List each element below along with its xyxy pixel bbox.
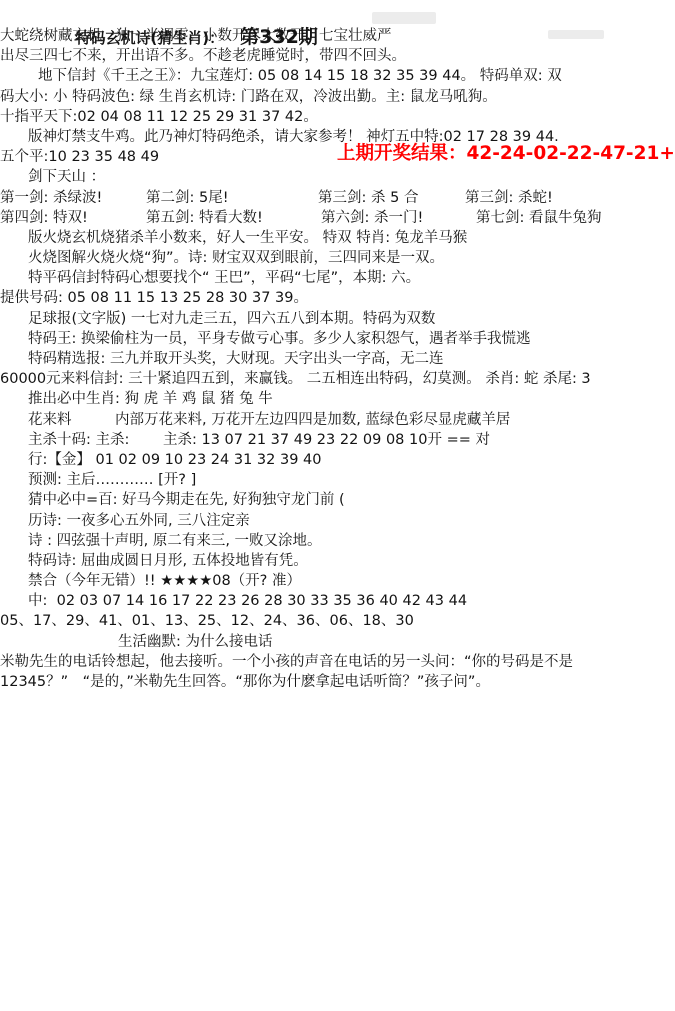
line-text: 60000元来料信封: 三十紧追四五到，来赢钱。 二五相连出特码，幻莫测。 杀肖… — [0, 371, 591, 387]
sheet-header: 特码玄机诗(猜生肖)：第332期 — [0, 4, 675, 26]
humor-line-2: 12345？” “是的，”米勒先生回答。“那你为什麽拿起电话听筒？”孩子问”。 — [0, 672, 675, 692]
tema-jingxuan-line: 特码精选报: 三九并取开头奖，大财现。天字出头一字高，无二连 — [0, 349, 675, 369]
caizhong-bizhong-line: 猜中必中=百: 好马今期走在先, 好狗独守龙门前 ( — [0, 490, 675, 510]
hang-jin-line: 行:【金】 01 02 09 10 23 24 31 32 39 40 — [0, 450, 675, 470]
line-text: 预测: 主后………… [开? ] — [28, 472, 196, 488]
last-draw-result: 上期开奖结果：42-24-02-22-47-21+26 — [337, 144, 675, 164]
line-text: 码大小: 小 特码波色: 绿 生肖玄机诗: 门路在双，冷波出勤。主: 鼠龙马吼狗… — [0, 89, 497, 105]
bizhong-shengxiao-line: 推出必中生肖: 狗 虎 羊 鸡 鼠 猪 兔 牛 — [0, 389, 675, 409]
line-text: 行:【金】 01 02 09 10 23 24 31 32 39 40 — [28, 452, 321, 468]
line-text: 火烧图解火烧火烧“狗”。诗: 财宝双双到眼前，三四同来是一双。 — [28, 250, 444, 266]
temashi-line: 特码诗: 屈曲成圆日月形, 五体投地皆有凭。 — [0, 551, 675, 571]
tema-wang-line: 特码王: 换梁偷柱为一员，平身专做亏心事。多少人家积怨气，遇者举手我慌逃 — [0, 329, 675, 349]
sheet-body: 大蛇绕树藏玄机，独一半调零。小数开尽大数开，七宝壮威严出尽三四七不来，开出语不多… — [0, 26, 675, 692]
jian-row-2: 第四剑: 特双!第五剑: 特看大数!第六剑: 杀一门!第七剑: 看鼠牛兔狗 — [0, 208, 675, 228]
line-text: 地下信封《千王之王》：九宝莲灯: 05 08 14 15 18 32 35 39… — [38, 68, 562, 84]
bose-line: 码大小: 小 特码波色: 绿 生肖玄机诗: 门路在双，冷波出勤。主: 鼠龙马吼狗… — [0, 87, 675, 107]
line-text: 特码王: 换梁偷柱为一员，平身专做亏心事。多少人家积怨气，遇者举手我慌逃 — [28, 331, 531, 347]
line-text: 推出必中生肖: 狗 虎 羊 鸡 鼠 猪 兔 牛 — [28, 391, 273, 407]
text-segment: 第五剑: 特看大数! — [146, 208, 263, 228]
extra-numbers-line: 05、17、29、41、01、13、25、12、24、36、06、18、30 — [0, 611, 675, 631]
line-text: 米勒先生的电话铃想起，他去接听。一个小孩的声音在电话的另一头问：“你的号码是不是 — [0, 654, 573, 670]
line-text: 版火烧玄机烧猪杀羊小数来，好人一生平安。 特双 特肖: 兔龙羊马猴 — [28, 230, 467, 246]
scan-artifact — [372, 12, 436, 24]
line-text: 猜中必中=百: 好马今期走在先, 好狗独守龙门前 ( — [28, 492, 345, 508]
tigong-haoma-line: 提供号码: 05 08 11 15 13 25 28 30 37 39。 — [0, 288, 675, 308]
line-text: 特码精选报: 三九并取开头奖，大财现。天字出头一字高，无二连 — [28, 351, 444, 367]
zuqiubao-line: 足球报(文字版) 一七对九走三五，四六五八到本期。特码为双数 — [0, 309, 675, 329]
line-text: 花来料 内部万花来料, 万花开左边四四是加数, 蓝绿色彩尽显虎藏羊居 — [28, 412, 510, 428]
line-text: 剑下天山 ： — [28, 169, 105, 185]
text-segment: 第四剑: 特双! — [0, 208, 88, 228]
lailiao-xinfeng-line: 60000元来料信封: 三十紧追四五到，来赢钱。 二五相连出特码，幻莫测。 杀肖… — [0, 369, 675, 389]
line-text: 历诗: 一夜多心五外同, 三八注定亲 — [28, 513, 250, 529]
jianxia-tianshan-heading: 剑下天山 ： — [0, 167, 675, 187]
line-text: 大蛇绕树藏玄机，独一半调零。小数开尽大数开，七宝壮威严 — [0, 28, 392, 44]
yuce-line: 预测: 主后………… [开? ] — [0, 470, 675, 490]
scan-artifact — [548, 30, 604, 39]
lishi-line: 历诗: 一夜多心五外同, 三八注定亲 — [0, 511, 675, 531]
poem-line-2: 出尽三四七不来，开出语不多。不趁老虎睡觉时，带四不回头。 — [0, 46, 675, 66]
line-text: 05、17、29、41、01、13、25、12、24、36、06、18、30 — [0, 613, 414, 629]
zhong-numbers-line: 中: 02 03 07 14 16 17 22 23 26 28 30 33 3… — [0, 591, 675, 611]
line-text: 生活幽默: 为什么接电话 — [118, 634, 273, 650]
line-text: 出尽三四七不来，开出语不多。不趁老虎睡觉时，带四不回头。 — [0, 48, 406, 64]
line-text: 足球报(文字版) 一七对九走三五，四六五八到本期。特码为双数 — [28, 311, 435, 327]
jinhe-line: 禁合（今年无错）!! ★★★★08（开? 准） — [0, 571, 675, 591]
line-text: 提供号码: 05 08 11 15 13 25 28 30 37 39。 — [0, 290, 308, 306]
dixia-xinfeng-line: 地下信封《千王之王》：九宝莲灯: 05 08 14 15 18 32 35 39… — [0, 66, 675, 86]
zhusha-shima-line: 主杀十码: 主杀: 主杀: 13 07 21 37 49 23 22 09 08… — [0, 430, 675, 450]
text-segment: 第七剑: 看鼠牛兔狗 — [476, 208, 602, 228]
line-text: 禁合（今年无错）!! ★★★★08（开? 准） — [28, 573, 301, 589]
text-segment: 第六剑: 杀一门! — [321, 208, 423, 228]
shi-line: 诗 : 四弦强十声明, 原二有来三, 一败又涂地。 — [0, 531, 675, 551]
humor-line-1: 米勒先生的电话铃想起，他去接听。一个小孩的声音在电话的另一头问：“你的号码是不是 — [0, 652, 675, 672]
line-text: 特码诗: 屈曲成圆日月形, 五体投地皆有凭。 — [28, 553, 308, 569]
line-text: 十指平天下:02 04 08 11 12 25 29 31 37 42。 — [0, 109, 318, 125]
line-text: 特平码信封特码心想要找个“ 王巴”，平码“七尾”，本期: 六。 — [28, 270, 420, 286]
text-segment: 第三剑: 杀 5 合 — [318, 188, 418, 208]
wugeping-line: 五个平:10 23 35 48 49上期开奖结果：42-24-02-22-47-… — [0, 147, 675, 167]
line-text: 主杀十码: 主杀: 主杀: 13 07 21 37 49 23 22 09 08… — [28, 432, 490, 448]
line-text: 中: 02 03 07 14 16 17 22 23 26 28 30 33 3… — [28, 593, 467, 609]
huoshao-line-2: 火烧图解火烧火烧“狗”。诗: 财宝双双到眼前，三四同来是一双。 — [0, 248, 675, 268]
line-text: 五个平:10 23 35 48 49 — [0, 149, 159, 165]
text-segment: 第三剑: 杀蛇! — [465, 188, 553, 208]
text-segment: 第二剑: 5尾! — [146, 188, 229, 208]
humor-heading: 生活幽默: 为什么接电话 — [0, 632, 675, 652]
line-text: 12345？” “是的，”米勒先生回答。“那你为什麽拿起电话听筒？”孩子问”。 — [0, 674, 490, 690]
hua-lailiao-line: 花来料 内部万花来料, 万花开左边四四是加数, 蓝绿色彩尽显虎藏羊居 — [0, 410, 675, 430]
huoshao-line-1: 版火烧玄机烧猪杀羊小数来，好人一生平安。 特双 特肖: 兔龙羊马猴 — [0, 228, 675, 248]
jian-row-1: 第一剑: 杀绿波!第二剑: 5尾!第三剑: 杀 5 合第三剑: 杀蛇! — [0, 188, 675, 208]
text-segment: 第一剑: 杀绿波! — [0, 188, 102, 208]
line-text: 诗 : 四弦强十声明, 原二有来三, 一败又涂地。 — [28, 533, 322, 549]
lottery-tip-sheet: 特码玄机诗(猜生肖)：第332期 大蛇绕树藏玄机，独一半调零。小数开尽大数开，七… — [0, 0, 675, 1011]
shizhi-pingtianxia-line: 十指平天下:02 04 08 11 12 25 29 31 37 42。 — [0, 107, 675, 127]
teping-xinfeng-line: 特平码信封特码心想要找个“ 王巴”，平码“七尾”，本期: 六。 — [0, 268, 675, 288]
